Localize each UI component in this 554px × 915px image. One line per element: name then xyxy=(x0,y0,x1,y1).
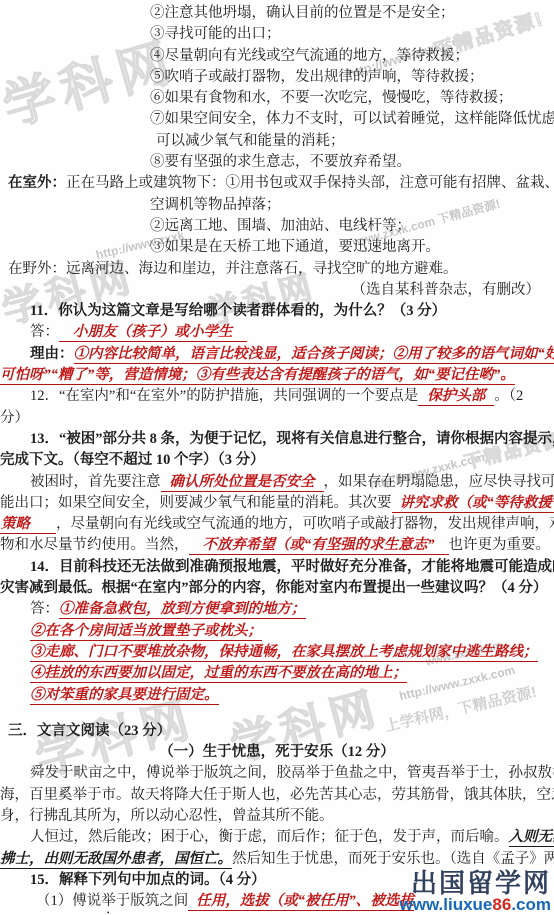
question-14-answer-2: ②在各个房间适当放置垫子或枕头； xyxy=(0,621,554,642)
question-14-answer-1: 答：①准备急救包，放到方便拿到的地方； xyxy=(0,599,554,620)
outdoor-tip-line: 空调机等物品掉落； xyxy=(0,195,554,216)
liuxue86-site-name: 出国留学网 xyxy=(400,871,552,896)
passage-title: （一）生于忧患，死于安乐（12 分） xyxy=(0,742,554,763)
question-11: 11．你认为这篇文章是写给哪个读者群体看的，为什么？（3 分） xyxy=(0,301,554,322)
answer-11-reason: ①内容比较简单，语言比较浅显，适合孩子阅读；②用了较多的语气词如“好 xyxy=(74,346,554,364)
answer-13-blank-1: 确认所处位置是否安全 xyxy=(170,474,315,490)
document-body: ②注意其他坍塌，确认目前的位置是不是安全； ③寻找可能的出口； ④尽量朝向有光线… xyxy=(0,0,554,912)
passage-p1-line-2: 海，百里奚举于市。故天将降大任于斯人也，必先苦其心志，劳其筋骨，饿其体肤，空乏其 xyxy=(0,785,554,806)
passage-p1-line-1: 舜发于畎亩之中，傅说举于版筑之间，胶鬲举于鱼盐之中，管夷吾举于士，孙叔敖举于 xyxy=(0,763,554,784)
answer-12: 保护头部 xyxy=(427,388,485,404)
outdoor-tip-line: ②远离工地、围墙、加油站、电线杆等； xyxy=(0,216,554,237)
wilderness-label: 在野外： xyxy=(8,261,66,277)
trapped-tip-line: ②注意其他坍塌，确认目前的位置是不是安全； xyxy=(0,3,554,24)
question-13-line-2: 完成下文。（每空不超过 10 个字）（3 分） xyxy=(0,450,554,471)
passage-p1-line-3: 身，行拂乱其所为，所以动心忍性，曾益其所不能。 xyxy=(0,806,554,827)
question-12: 12．“在室内”和“在室外”的防护措施，共同强调的一个要点是保护头部。（2 xyxy=(0,386,554,407)
reason-label: 理由： xyxy=(30,346,74,362)
question-11-reason-line-2: 可怕呀”“糟了”等，营造情境；③有些表达含有提醒孩子的语气，如“要记住哟”。 xyxy=(0,365,554,386)
source-note: （选自某科普杂志，有删改） xyxy=(0,280,554,301)
answer-13-blank-3: 不放弃希望（或“有坚强的求生意志” xyxy=(203,537,435,553)
question-14-answer-5: ⑤对笨重的家具要进行固定。 xyxy=(0,685,554,706)
restored-quote-part-1: 入则无法家 xyxy=(509,829,554,847)
outdoor-section-line: 在室外：正在马路上或建筑物下：①用书包或双手保持头部，注意可能有招牌、盆栽、 xyxy=(0,173,554,194)
answer-label: 答： xyxy=(30,601,59,617)
question-13-fill-line-4: 物和水尽量节约使用。当然，不放弃希望（或“有坚强的求生意志”也许更为重要。 xyxy=(0,535,554,556)
trapped-tip-line: ④尽量朝向有光线或空气流通的地方，等待救援； xyxy=(0,46,554,67)
question-13-line-1: 13．“被困”部分共 8 条，为便于记忆，现将有关信息进行整合，请你根据内容提示… xyxy=(0,429,554,450)
question-12-wrap: 分） xyxy=(0,408,554,429)
trapped-tip-line: ⑥如果有食物和水，不要一次吃完，慢慢吃，等待救援； xyxy=(0,88,554,109)
trapped-tip-line: ③寻找可能的出口； xyxy=(0,24,554,45)
section-3-heading: 三．文言文阅读（23 分） xyxy=(0,721,554,742)
question-14-answer-3: ③走廊、门口不要堆放杂物，保持通畅，在家具摆放上考虑规划家中逃生路线； xyxy=(0,642,554,663)
question-14-line-1: 14．目前科技还无法做到准确预报地震，平时做好充分准备，才能将地震可能造成的 xyxy=(0,557,554,578)
question-13-fill-line-1: 被困时，首先要注意确认所处位置是否安全，如果存在坍塌隐患，应尽快寻找可 xyxy=(0,472,554,493)
passage-p2-line-1: 人恒过，然后能改；困于心，衡于虑，而后作；征于色，发于声，而后喻。入则无法家 xyxy=(0,827,554,848)
answer-13-blank-2a: 讲究求救（或“等待救援”） xyxy=(400,495,554,511)
question-14-line-2: 灾害减到最低。根据“在室内”部分的内容，你能对室内布置提出一些建议吗？（4 分） xyxy=(0,578,554,599)
question-14-answer-4: ④挂放的东西要加以固定，过重的东西不要放在高的地上； xyxy=(0,663,554,684)
wilderness-section-line: 在野外：远离河边、海边和崖边，并注意落石，寻找空旷的地方避难。 xyxy=(0,259,554,280)
liuxue86-url: www.liuxue86.com xyxy=(400,896,552,913)
trapped-tip-line: ⑧要有坚强的求生意志，不要放弃希望。 xyxy=(0,152,554,173)
outdoor-label: 在室外： xyxy=(8,175,66,191)
answer-13-blank-2b: 策略 xyxy=(1,516,30,532)
trapped-tip-line: ⑦如果空间安全，体力不支时，可以试着睡觉，这样能降低忧虑， xyxy=(0,109,554,130)
liuxue86-logo: 出国留学网 www.liuxue86.com xyxy=(400,871,552,913)
trapped-tip-line: ⑤吹哨子或敲打器物，发出规律的声响，等待救援； xyxy=(0,67,554,88)
section-spacer xyxy=(0,706,554,721)
answer-label: 答： xyxy=(30,324,59,340)
outdoor-tip-line: ③如果是在天桥工地下通道，要迅速地离开。 xyxy=(0,237,554,258)
answer-15-1: 任用，选拔（或“被任用”、被选拔 xyxy=(196,893,414,909)
exam-paper-page: 学科网 http://www.zxxk.com 下精品资源! http://ww… xyxy=(0,0,554,915)
restored-quote-part-2: 拂士，出则无敌国外患者，国恒亡。 xyxy=(0,851,232,869)
trapped-tip-line-continued: 可以减少氧气和能量的消耗； xyxy=(0,131,554,152)
answer-11: 小朋友（孩子）或小学生 xyxy=(73,324,233,340)
emphasized-character: 举 xyxy=(101,893,116,909)
question-13-fill-line-3: 策略，尽量朝向有光线或空气流通的地方，可吹哨子或敲打器物，发出规律声响，对食 xyxy=(0,514,554,535)
passage-p2-line-2: 拂士，出则无敌国外患者，国恒亡。然后知生于忧患，而死于安乐也。（选自《孟子》两章… xyxy=(0,849,554,870)
question-11-reason-line-1: 理由：①内容比较简单，语言比较浅显，适合孩子阅读；②用了较多的语气词如“好 xyxy=(0,344,554,365)
question-13-fill-line-2: 能出口；如果空间安全，则要减少氧气和能量的消耗。其次要讲究求救（或“等待救援”） xyxy=(0,493,554,514)
question-11-answer-line: 答：小朋友（孩子）或小学生 xyxy=(0,322,554,343)
